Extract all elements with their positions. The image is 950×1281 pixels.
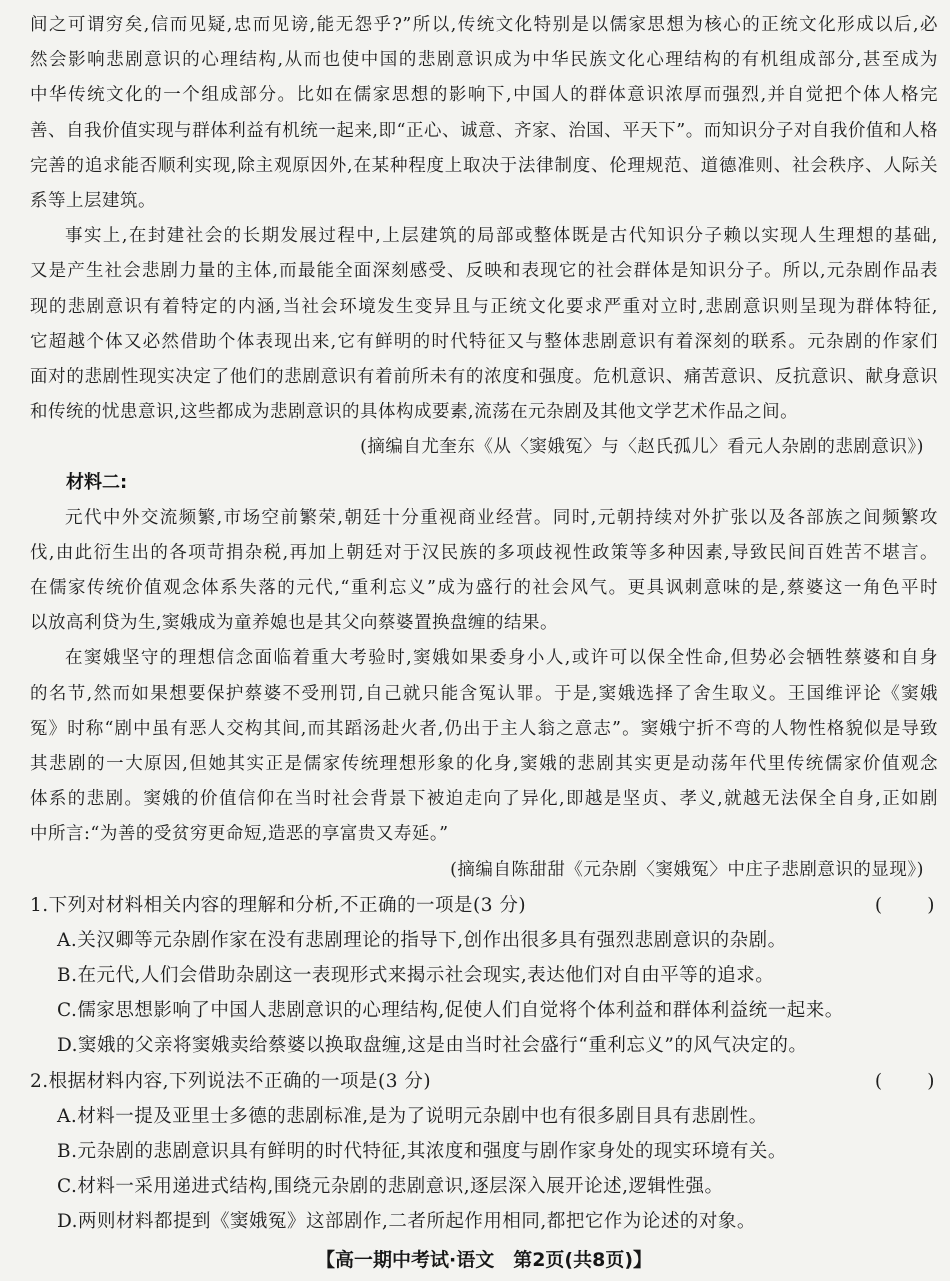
question-1-option-d: D.窦娥的父亲将窦娥卖给蔡婆以换取盘缠,这是由当时社会盛行“重利忘义”的风气决定…	[30, 1028, 938, 1063]
text-line: 在窦娥坚守的理想信念面临着重大考验时,窦娥如果委身小人,或许可以保全性命,但势必…	[30, 641, 938, 676]
text-line: 在儒家传统价值观念体系失落的元代,“重利忘义”成为盛行的社会风气。更具讽刺意味的…	[30, 571, 938, 606]
answer-bracket: ( )	[875, 1064, 938, 1099]
text-line: 体系的悲剧。窦娥的价值信仰在当时社会背景下被迫走向了异化,即越是坚贞、孝义,就越…	[30, 782, 938, 817]
material-2-paragraph-2: 在窦娥坚守的理想信念面临着重大考验时,窦娥如果委身小人,或许可以保全性命,但势必…	[30, 641, 938, 852]
question-1-stem-row: 1.下列对材料相关内容的理解和分析,不正确的一项是(3 分) ( )	[30, 888, 938, 923]
question-stem: 2.根据材料内容,下列说法不正确的一项是(3 分)	[30, 1064, 431, 1099]
material-2-paragraph-1: 元代中外交流频繁,市场空前繁荣,朝廷十分重视商业经营。同时,元朝持续对外扩张以及…	[30, 501, 938, 642]
text-line: 现的悲剧意识有着特定的内涵,当社会环境发生变异且与正统文化要求严重对立时,悲剧意…	[30, 290, 938, 325]
question-1: 1.下列对材料相关内容的理解和分析,不正确的一项是(3 分) ( ) A.关汉卿…	[30, 888, 938, 1064]
text-line: 伐,由此衍生出的各项苛捐杂税,再加上朝廷对于汉民族的多项歧视性政策等多种因素,导…	[30, 536, 938, 571]
text-line: 它超越个体又必然借助个体表现出来,它有鲜明的时代特征又与整体悲剧意识有着深刻的联…	[30, 325, 938, 360]
answer-bracket: ( )	[875, 888, 938, 923]
question-1-option-a: A.关汉卿等元杂剧作家在没有悲剧理论的指导下,创作出很多具有强烈悲剧意识的杂剧。	[30, 923, 938, 958]
question-stem: 1.下列对材料相关内容的理解和分析,不正确的一项是(3 分)	[30, 888, 526, 923]
material-1-source-attribution: (摘编自尤奎东《从〈窦娥冤〉与〈赵氏孤儿〉看元人杂剧的悲剧意识》)	[30, 430, 938, 465]
text-line: 和传统的忧患意识,这些都成为悲剧意识的具体构成要素,流荡在元杂剧及其他文学艺术作…	[30, 395, 938, 430]
text-line: 面对的悲剧性现实决定了他们的悲剧意识有着前所未有的浓度和强度。危机意识、痛苦意识…	[30, 360, 938, 395]
text-line: 元代中外交流频繁,市场空前繁荣,朝廷十分重视商业经营。同时,元朝持续对外扩张以及…	[30, 501, 938, 536]
question-1-option-b: B.在元代,人们会借助杂剧这一表现形式来揭示社会现实,表达他们对自由平等的追求。	[30, 958, 938, 993]
question-2-option-a: A.材料一提及亚里士多德的悲剧标准,是为了说明元杂剧中也有很多剧目具有悲剧性。	[30, 1099, 938, 1134]
material-2-heading: 材料二:	[30, 465, 938, 500]
text-line: 系等上层建筑。	[30, 184, 938, 219]
question-2-option-b: B.元杂剧的悲剧意识具有鲜明的时代特征,其浓度和强度与剧作家身处的现实环境有关。	[30, 1134, 938, 1169]
text-line: 其悲剧的一大原因,但她其实正是儒家传统理想形象的化身,窦娥的悲剧其实更是动荡年代…	[30, 747, 938, 782]
question-2-stem-row: 2.根据材料内容,下列说法不正确的一项是(3 分) ( )	[30, 1064, 938, 1099]
question-2: 2.根据材料内容,下列说法不正确的一项是(3 分) ( ) A.材料一提及亚里士…	[30, 1064, 938, 1240]
exam-page: 间之可谓穷矣,信而见疑,忠而见谤,能无怨乎?”所以,传统文化特别是以儒家思想为核…	[0, 0, 950, 1281]
text-line: 善、自我价值实现与群体利益有机统一起来,即“正心、诚意、齐家、治国、平天下”。而…	[30, 114, 938, 149]
text-line: 然会影响悲剧意识的心理结构,从而也使中国的悲剧意识成为中华民族文化心理结构的有机…	[30, 43, 938, 78]
material-1-paragraph-1: 间之可谓穷矣,信而见疑,忠而见谤,能无怨乎?”所以,传统文化特别是以儒家思想为核…	[30, 8, 938, 219]
material-1-paragraph-2: 事实上,在封建社会的长期发展过程中,上层建筑的局部或整体既是古代知识分子赖以实现…	[30, 219, 938, 430]
text-line: 中华传统文化的一个组成部分。比如在儒家思想的影响下,中国人的群体意识浓厚而强烈,…	[30, 78, 938, 113]
question-1-option-c: C.儒家思想影响了中国人悲剧意识的心理结构,促使人们自觉将个体利益和群体利益统一…	[30, 993, 938, 1028]
text-line: 冤》时称“剧中虽有恶人交构其间,而其蹈汤赴火者,仍出于主人翁之意志”。窦娥宁折不…	[30, 712, 938, 747]
material-2-source-attribution: (摘编自陈甜甜《元杂剧〈窦娥冤〉中庄子悲剧意识的显现》)	[30, 853, 938, 888]
page-footer: 【高一期中考试·语文 第2页(共8页)】	[30, 1242, 938, 1278]
text-line: 完善的追求能否顺利实现,除主观原因外,在某种程度上取决于法律制度、伦理规范、道德…	[30, 149, 938, 184]
text-line: 事实上,在封建社会的长期发展过程中,上层建筑的局部或整体既是古代知识分子赖以实现…	[30, 219, 938, 254]
text-line: 又是产生社会悲剧力量的主体,而最能全面深刻感受、反映和表现它的社会群体是知识分子…	[30, 254, 938, 289]
text-line: 中所言:“为善的受贫穷更命短,造恶的享富贵又寿延。”	[30, 817, 938, 852]
text-line: 以放高利贷为生,窦娥成为童养媳也是其父向蔡婆置换盘缠的结果。	[30, 606, 938, 641]
question-2-option-d: D.两则材料都提到《窦娥冤》这部剧作,二者所起作用相同,都把它作为论述的对象。	[30, 1204, 938, 1239]
text-line: 间之可谓穷矣,信而见疑,忠而见谤,能无怨乎?”所以,传统文化特别是以儒家思想为核…	[30, 8, 938, 43]
text-line: 的名节,然而如果想要保护蔡婆不受刑罚,自己就只能含冤认罪。于是,窦娥选择了舍生取…	[30, 677, 938, 712]
question-2-option-c: C.材料一采用递进式结构,围绕元杂剧的悲剧意识,逐层深入展开论述,逻辑性强。	[30, 1169, 938, 1204]
